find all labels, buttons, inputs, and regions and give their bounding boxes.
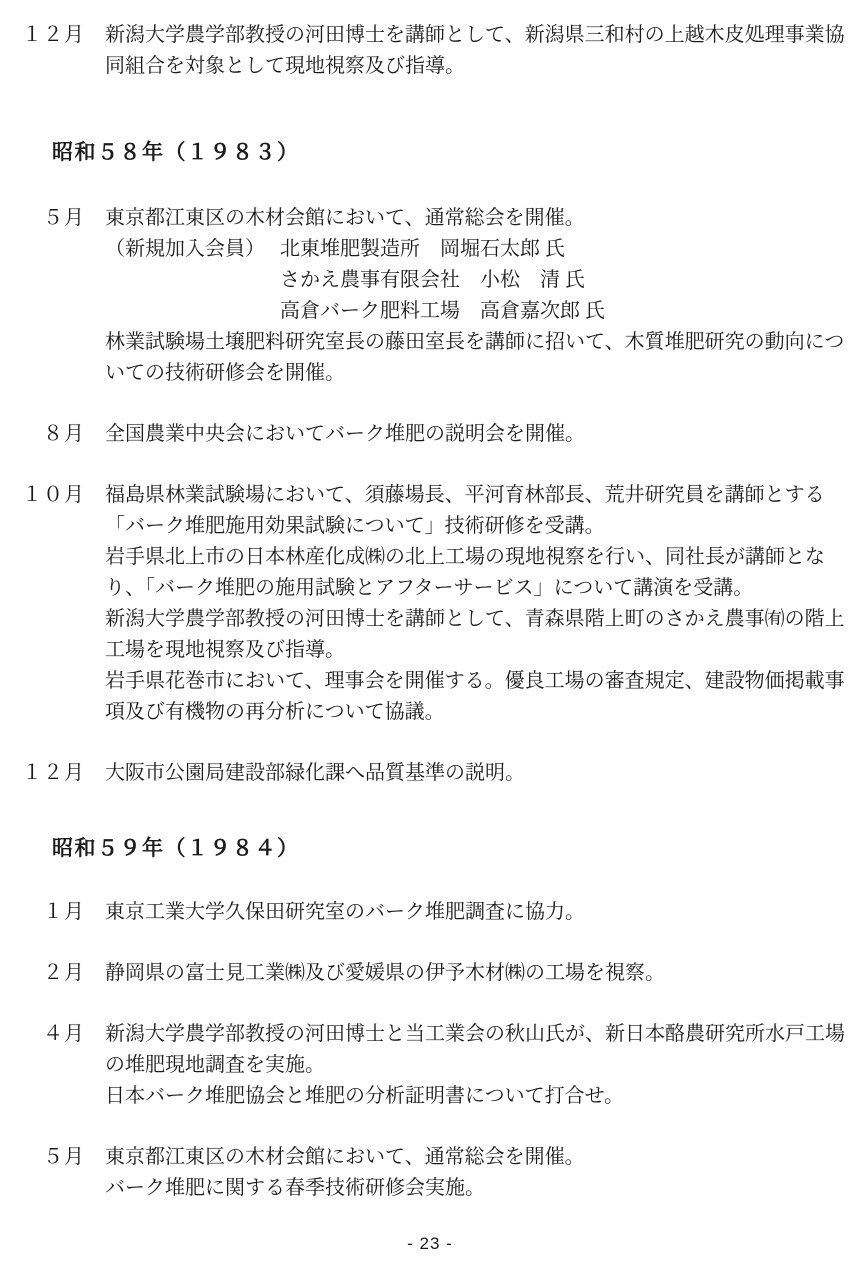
entry-month: １月 bbox=[0, 897, 85, 928]
timeline-entry: １月 東京工業大学久保田研究室のバーク堆肥調査に協力。 bbox=[0, 897, 860, 928]
entry-month: ２月 bbox=[0, 958, 85, 989]
member-row: さかえ農事有限会社 小松 清 氏 bbox=[105, 265, 850, 296]
timeline-entry: ２月 静岡県の富士見工業㈱及び愛媛県の伊予木材㈱の工場を視察。 bbox=[0, 958, 860, 989]
entry-month: １２月 bbox=[0, 20, 85, 82]
entry-month: ５月 bbox=[0, 203, 85, 389]
member-name: 北東堆肥製造所 岡堀石太郎 氏 bbox=[280, 234, 565, 265]
entry-paragraph: 新潟大学農学部教授の河田博士を講師として、新潟県三和村の上越木皮処理事業協同組合… bbox=[105, 20, 850, 82]
entry-body: 新潟大学農学部教授の河田博士と当工業会の秋山氏が、新日本酪農研究所水戸工場の堆肥… bbox=[105, 1019, 850, 1112]
member-row: 高倉バーク肥料工場 高倉嘉次郎 氏 bbox=[105, 296, 850, 327]
new-member-list: （新規加入会員） 北東堆肥製造所 岡堀石太郎 氏 さかえ農事有限会社 小松 清 … bbox=[105, 234, 850, 327]
entry-paragraph: 福島県林業試験場において、須藤場長、平河育林部長、荒井研究員を講師とする「バーク… bbox=[105, 480, 850, 542]
document-page: １２月 新潟大学農学部教授の河田博士を講師として、新潟県三和村の上越木皮処理事業… bbox=[0, 0, 860, 1261]
entry-paragraph: 東京工業大学久保田研究室のバーク堆肥調査に協力。 bbox=[105, 897, 850, 928]
entry-paragraph: 静岡県の富士見工業㈱及び愛媛県の伊予木材㈱の工場を視察。 bbox=[105, 958, 850, 989]
entry-body: 東京工業大学久保田研究室のバーク堆肥調査に協力。 bbox=[105, 897, 850, 928]
entry-paragraph: 全国農業中央会においてバーク堆肥の説明会を開催。 bbox=[105, 419, 850, 450]
entry-body: 東京都江東区の木材会館において、通常総会を開催。 バーク堆肥に関する春季技術研修… bbox=[105, 1142, 850, 1204]
entry-body: 新潟大学農学部教授の河田博士を講師として、新潟県三和村の上越木皮処理事業協同組合… bbox=[105, 20, 850, 82]
entry-paragraph: 東京都江東区の木材会館において、通常総会を開催。 bbox=[105, 203, 850, 234]
member-row: （新規加入会員） 北東堆肥製造所 岡堀石太郎 氏 bbox=[105, 234, 850, 265]
entry-month: １２月 bbox=[0, 758, 85, 789]
entry-body: 東京都江東区の木材会館において、通常総会を開催。 （新規加入会員） 北東堆肥製造… bbox=[105, 203, 850, 389]
entry-body: 静岡県の富士見工業㈱及び愛媛県の伊予木材㈱の工場を視察。 bbox=[105, 958, 850, 989]
timeline-entry: ４月 新潟大学農学部教授の河田博士と当工業会の秋山氏が、新日本酪農研究所水戸工場… bbox=[0, 1019, 860, 1112]
member-list-label: （新規加入会員） bbox=[105, 234, 280, 265]
entry-paragraph: 林業試験場土壌肥料研究室長の藤田室長を講師に招いて、木質堆肥研究の動向についての… bbox=[105, 327, 850, 389]
page-number: - 23 - bbox=[0, 1234, 860, 1254]
section-heading-showa59: 昭和５９年（１９８４） bbox=[52, 836, 860, 862]
entry-paragraph: 岩手県花巻市において、理事会を開催する。優良工場の審査規定、建設物価掲載事項及び… bbox=[105, 666, 850, 728]
entry-body: 福島県林業試験場において、須藤場長、平河育林部長、荒井研究員を講師とする「バーク… bbox=[105, 480, 850, 728]
entry-paragraph: 岩手県北上市の日本林産化成㈱の北上工場の現地視察を行い、同社長が講師となり、「バ… bbox=[105, 542, 850, 604]
timeline-entry: ５月 東京都江東区の木材会館において、通常総会を開催。 （新規加入会員） 北東堆… bbox=[0, 203, 860, 389]
member-list-label-spacer bbox=[105, 265, 280, 296]
entry-paragraph: 大阪市公園局建設部緑化課へ品質基準の説明。 bbox=[105, 758, 850, 789]
entry-month: ５月 bbox=[0, 1142, 85, 1204]
entry-month: ４月 bbox=[0, 1019, 85, 1112]
timeline-entry: ５月 東京都江東区の木材会館において、通常総会を開催。 バーク堆肥に関する春季技… bbox=[0, 1142, 860, 1204]
timeline-entry: ８月 全国農業中央会においてバーク堆肥の説明会を開催。 bbox=[0, 419, 860, 450]
entry-paragraph: 東京都江東区の木材会館において、通常総会を開催。 bbox=[105, 1142, 850, 1173]
timeline-entry: １２月 大阪市公園局建設部緑化課へ品質基準の説明。 bbox=[0, 758, 860, 789]
entry-paragraph: 新潟大学農学部教授の河田博士を講師として、青森県階上町のさかえ農事㈲の階上工場を… bbox=[105, 604, 850, 666]
entry-paragraph: 日本バーク堆肥協会と堆肥の分析証明書について打合せ。 bbox=[105, 1081, 850, 1112]
entry-body: 大阪市公園局建設部緑化課へ品質基準の説明。 bbox=[105, 758, 850, 789]
entry-month: １０月 bbox=[0, 480, 85, 728]
member-name: 高倉バーク肥料工場 高倉嘉次郎 氏 bbox=[280, 296, 605, 327]
timeline-entry: １０月 福島県林業試験場において、須藤場長、平河育林部長、荒井研究員を講師とする… bbox=[0, 480, 860, 728]
member-list-label-spacer bbox=[105, 296, 280, 327]
entry-paragraph: 新潟大学農学部教授の河田博士と当工業会の秋山氏が、新日本酪農研究所水戸工場の堆肥… bbox=[105, 1019, 850, 1081]
entry-month: ８月 bbox=[0, 419, 85, 450]
section-heading-showa58: 昭和５８年（１９８３） bbox=[52, 140, 860, 166]
member-name: さかえ農事有限会社 小松 清 氏 bbox=[280, 265, 585, 296]
entry-paragraph: バーク堆肥に関する春季技術研修会実施。 bbox=[105, 1173, 850, 1204]
timeline-entry: １２月 新潟大学農学部教授の河田博士を講師として、新潟県三和村の上越木皮処理事業… bbox=[0, 20, 860, 82]
entry-body: 全国農業中央会においてバーク堆肥の説明会を開催。 bbox=[105, 419, 850, 450]
